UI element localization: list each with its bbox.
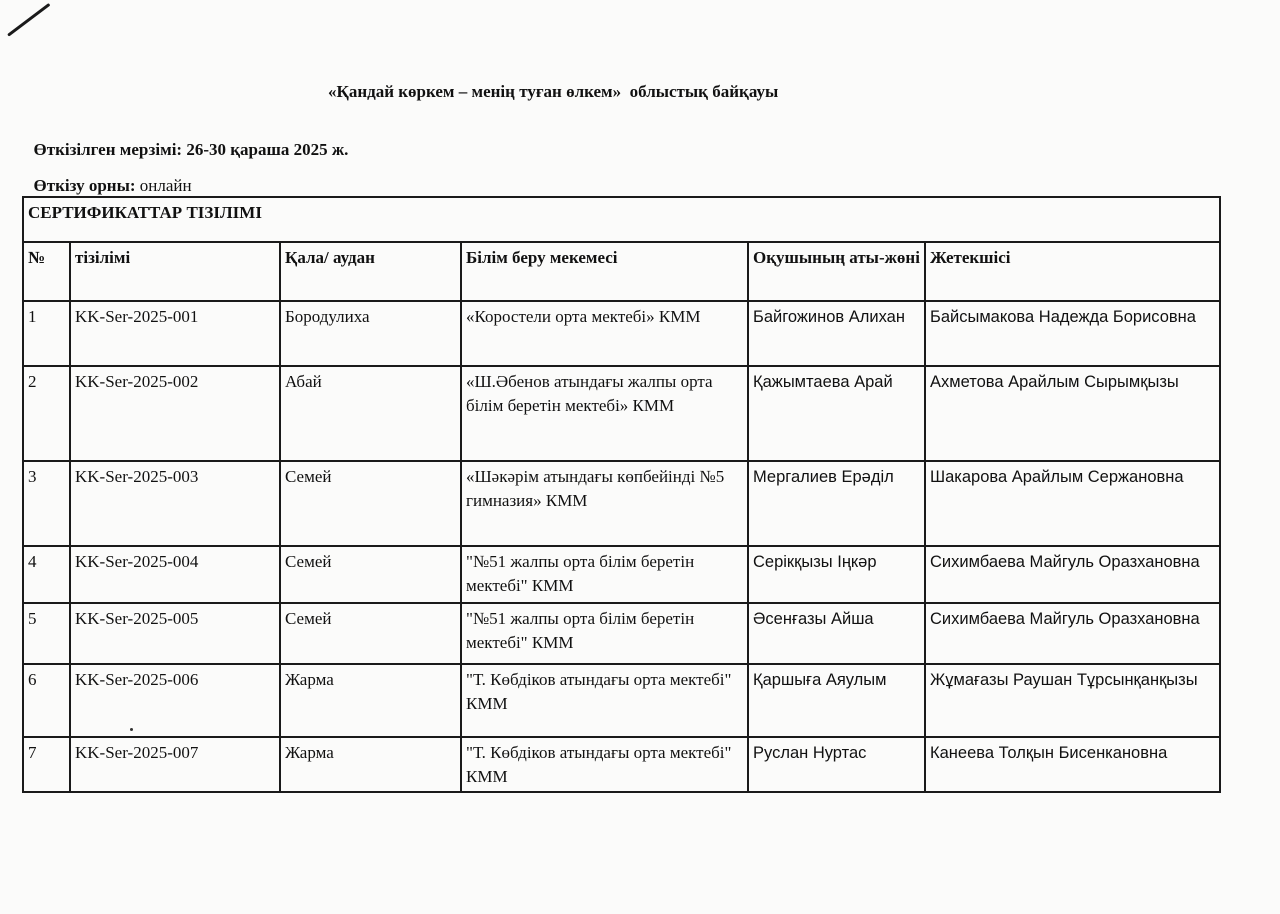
cell-school: "№51 жалпы орта білім беретін мектебі" К… — [461, 603, 748, 664]
cell-supervisor: Канеева Толқын Бисенкановна — [925, 737, 1220, 792]
cell-number: 6 — [23, 664, 70, 737]
cell-student: Серікқызы Іңкәр — [748, 546, 925, 603]
pen-stroke-mark — [7, 3, 50, 37]
table-row: 3 KK-Ser-2025-003 Семей «Шәкәрім атындағ… — [23, 461, 1220, 546]
header-city: Қала/ аудан — [280, 242, 461, 301]
cell-school: «Ш.Әбенов атындағы жалпы орта білім бере… — [461, 366, 748, 461]
cell-city: Бородулиха — [280, 301, 461, 366]
header-supervisor: Жетекшісі — [925, 242, 1220, 301]
cell-city: Семей — [280, 546, 461, 603]
cell-number: 2 — [23, 366, 70, 461]
cell-registry: KK-Ser-2025-003 — [70, 461, 280, 546]
cell-supervisor: Сихимбаева Майгуль Оразхановна — [925, 546, 1220, 603]
event-place-value: онлайн — [136, 176, 192, 195]
cell-number: 7 — [23, 737, 70, 792]
cell-school: "Т. Көбдіков атындағы орта мектебі" КММ — [461, 737, 748, 792]
cell-city: Семей — [280, 461, 461, 546]
event-place-label: Өткізу орны: — [34, 176, 136, 195]
cell-city: Жарма — [280, 664, 461, 737]
event-place: Өткізу орны: онлайн — [25, 156, 192, 196]
certificate-registry-table: СЕРТИФИКАТТАР ТІЗІЛІМІ № тізілімі Қала/ … — [22, 196, 1221, 793]
event-dates: Өткізілген мерзімі: 26-30 қараша 2025 ж. — [25, 120, 348, 160]
cell-supervisor: Жұмағазы Раушан Тұрсынқанқызы — [925, 664, 1220, 737]
cell-city: Жарма — [280, 737, 461, 792]
cell-registry: KK-Ser-2025-001 — [70, 301, 280, 366]
cell-registry: KK-Ser-2025-005 — [70, 603, 280, 664]
cell-supervisor: Ахметова Арайлым Сырымқызы — [925, 366, 1220, 461]
cell-city: Семей — [280, 603, 461, 664]
cell-number: 4 — [23, 546, 70, 603]
cell-supervisor: Сихимбаева Майгуль Оразхановна — [925, 603, 1220, 664]
cell-school: «Коростели орта мектебі» КММ — [461, 301, 748, 366]
cell-registry: KK-Ser-2025-004 — [70, 546, 280, 603]
cell-student: Қажымтаева Арай — [748, 366, 925, 461]
cell-school: «Шәкәрім атындағы көпбейінді №5 гимназия… — [461, 461, 748, 546]
table-header-row: № тізілімі Қала/ аудан Білім беру мекеме… — [23, 242, 1220, 301]
cell-supervisor: Байсымакова Надежда Борисовна — [925, 301, 1220, 366]
cell-supervisor: Шакарова Арайлым Сержановна — [925, 461, 1220, 546]
cell-student: Мергалиев Ерәділ — [748, 461, 925, 546]
table-row: 6 KK-Ser-2025-006 Жарма "Т. Көбдіков аты… — [23, 664, 1220, 737]
cell-student: Байгожинов Алихан — [748, 301, 925, 366]
table-row: 2 KK-Ser-2025-002 Абай «Ш.Әбенов атындағ… — [23, 366, 1220, 461]
cell-school: "Т. Көбдіков атындағы орта мектебі" КММ — [461, 664, 748, 737]
header-student: Оқушының аты-жөні — [748, 242, 925, 301]
table-row: 4 KK-Ser-2025-004 Семей "№51 жалпы орта … — [23, 546, 1220, 603]
stray-dot-mark — [130, 728, 133, 731]
cell-number: 5 — [23, 603, 70, 664]
cell-number: 3 — [23, 461, 70, 546]
cell-student: Әсенғазы Айша — [748, 603, 925, 664]
header-registry: тізілімі — [70, 242, 280, 301]
cell-registry: KK-Ser-2025-006 — [70, 664, 280, 737]
cell-school: "№51 жалпы орта білім беретін мектебі" К… — [461, 546, 748, 603]
document-title: «Қандай көркем – менің туған өлкем» облы… — [328, 82, 778, 102]
cell-registry: KK-Ser-2025-002 — [70, 366, 280, 461]
header-school: Білім беру мекемесі — [461, 242, 748, 301]
table-caption: СЕРТИФИКАТТАР ТІЗІЛІМІ — [23, 197, 1220, 242]
table-row: 7 KK-Ser-2025-007 Жарма "Т. Көбдіков аты… — [23, 737, 1220, 792]
cell-city: Абай — [280, 366, 461, 461]
cell-student: Руслан Нуртас — [748, 737, 925, 792]
cell-student: Қаршыға Аяулым — [748, 664, 925, 737]
cell-number: 1 — [23, 301, 70, 366]
header-number: № — [23, 242, 70, 301]
cell-registry: KK-Ser-2025-007 — [70, 737, 280, 792]
table-row: 5 KK-Ser-2025-005 Семей "№51 жалпы орта … — [23, 603, 1220, 664]
table-row: 1 KK-Ser-2025-001 Бородулиха «Коростели … — [23, 301, 1220, 366]
